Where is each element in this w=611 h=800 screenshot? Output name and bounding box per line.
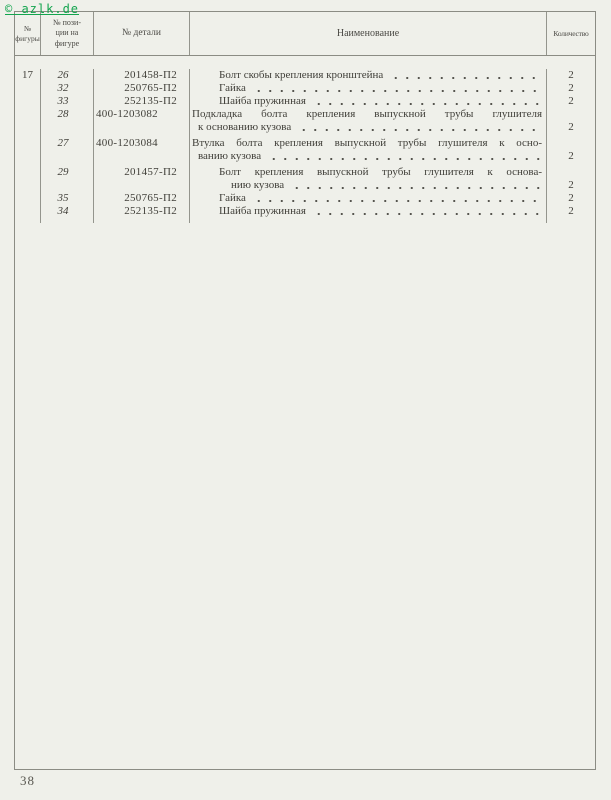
name-line: Шайба пружинная — [190, 95, 546, 108]
name-text: Шайба пружинная — [219, 95, 306, 108]
table-row: 32250765-П2Гайка2 — [15, 82, 595, 95]
table-row: 1726201458-П2Болт скобы крепления кроншт… — [15, 69, 595, 82]
part-number-cell: 201458-П2 — [94, 69, 190, 82]
table-body: 1726201458-П2Болт скобы крепления кроншт… — [15, 56, 595, 223]
dot-leader — [298, 121, 543, 134]
name-line: нию кузова — [190, 179, 546, 192]
name-text: к основанию кузова — [198, 121, 291, 134]
divider-stub-cell — [15, 218, 41, 223]
name-cell: Болт крепления выпускной трубы глушителя… — [190, 163, 547, 192]
figure-cell — [15, 108, 41, 134]
part-number-cell: 252135-П2 — [94, 205, 190, 218]
qty-cell: 2 — [547, 82, 595, 95]
divider-stub-cell — [190, 218, 547, 223]
dot-leader — [313, 95, 543, 108]
position-cell: 33 — [41, 95, 94, 108]
divider-stub-cell — [94, 218, 190, 223]
name-line: Болт скобы крепления кронштейна — [190, 69, 546, 82]
qty-cell: 2 — [547, 69, 595, 82]
name-text: нию кузова — [231, 179, 284, 192]
dot-leader — [253, 82, 543, 95]
figure-cell — [15, 163, 41, 192]
name-cell: Болт скобы крепления кронштейна — [190, 69, 547, 82]
watermark: © azlk.de — [5, 2, 79, 16]
figure-cell — [15, 82, 41, 95]
qty-cell: 2 — [547, 95, 595, 108]
name-cell: Втулка болта крепления выпускной трубы г… — [190, 134, 547, 163]
page-number: 38 — [20, 773, 35, 789]
position-cell: 28 — [41, 108, 94, 134]
name-text: Гайка — [219, 82, 246, 95]
header-name: Наименование — [190, 12, 547, 55]
table-row: 33252135-П2Шайба пружинная2 — [15, 95, 595, 108]
table-row: 34252135-П2Шайба пружинная2 — [15, 205, 595, 218]
figure-cell: 17 — [15, 69, 41, 82]
part-number-cell: 252135-П2 — [94, 95, 190, 108]
dot-leader — [313, 205, 543, 218]
qty-cell: 2 — [547, 205, 595, 218]
name-line: Гайка — [190, 82, 546, 95]
position-cell: 26 — [41, 69, 94, 82]
figure-cell — [15, 134, 41, 163]
name-line: к основанию кузова — [190, 121, 546, 134]
name-cell: Шайба пружинная — [190, 95, 547, 108]
scanned-catalog-page: © azlk.de № фигуры № пози- ции на фигуре… — [0, 0, 611, 800]
table-row: 27400-1203084Втулка болта крепления выпу… — [15, 134, 595, 163]
part-number-cell: 250765-П2 — [94, 192, 190, 205]
figure-cell — [15, 95, 41, 108]
dot-leader — [291, 179, 543, 192]
part-number-cell: 400-1203082 — [94, 108, 190, 134]
part-number-cell: 400-1203084 — [94, 134, 190, 163]
name-text: Болт скобы крепления кронштейна — [219, 69, 383, 82]
name-line: Шайба пружинная — [190, 205, 546, 218]
name-text: Шайба пружинная — [219, 205, 306, 218]
header-position-number: № пози- ции на фигуре — [41, 12, 94, 55]
position-cell: 29 — [41, 163, 94, 192]
name-cell: Гайка — [190, 192, 547, 205]
figure-cell — [15, 205, 41, 218]
divider-stub-cell — [41, 218, 94, 223]
name-line: Втулка болта крепления выпускной трубы г… — [190, 137, 546, 150]
position-cell: 27 — [41, 134, 94, 163]
dot-leader — [268, 150, 543, 163]
name-line: ванию кузова — [190, 150, 546, 163]
divider-stub-cell — [547, 218, 595, 223]
table-row: 29201457-П2Болт крепления выпускной труб… — [15, 163, 595, 192]
part-number-cell: 250765-П2 — [94, 82, 190, 95]
table-row: 35250765-П2Гайка2 — [15, 192, 595, 205]
divider-stub — [15, 218, 595, 223]
header-part-number: № детали — [94, 12, 190, 55]
position-cell: 34 — [41, 205, 94, 218]
position-cell: 35 — [41, 192, 94, 205]
header-figure-number: № фигуры — [15, 12, 41, 55]
figure-cell — [15, 192, 41, 205]
qty-cell: 2 — [547, 192, 595, 205]
position-cell: 32 — [41, 82, 94, 95]
dot-leader — [390, 69, 543, 82]
name-cell: Гайка — [190, 82, 547, 95]
parts-table: № фигуры № пози- ции на фигуре № детали … — [14, 11, 596, 770]
qty-cell: 2 — [547, 163, 595, 192]
qty-cell: 2 — [547, 134, 595, 163]
part-number-cell: 201457-П2 — [94, 163, 190, 192]
name-line: Подкладка болта крепления выпускной труб… — [190, 108, 546, 121]
dot-leader — [253, 192, 543, 205]
qty-cell: 2 — [547, 108, 595, 134]
table-row: 28400-1203082Подкладка болта крепления в… — [15, 108, 595, 134]
name-line: Гайка — [190, 192, 546, 205]
table-header: № фигуры № пози- ции на фигуре № детали … — [15, 12, 595, 56]
header-quantity: Количество — [547, 12, 595, 55]
name-cell: Подкладка болта крепления выпускной труб… — [190, 108, 547, 134]
name-text: Гайка — [219, 192, 246, 205]
name-text: ванию кузова — [198, 150, 261, 163]
name-cell: Шайба пружинная — [190, 205, 547, 218]
name-line: Болт крепления выпускной трубы глушителя… — [190, 166, 546, 179]
